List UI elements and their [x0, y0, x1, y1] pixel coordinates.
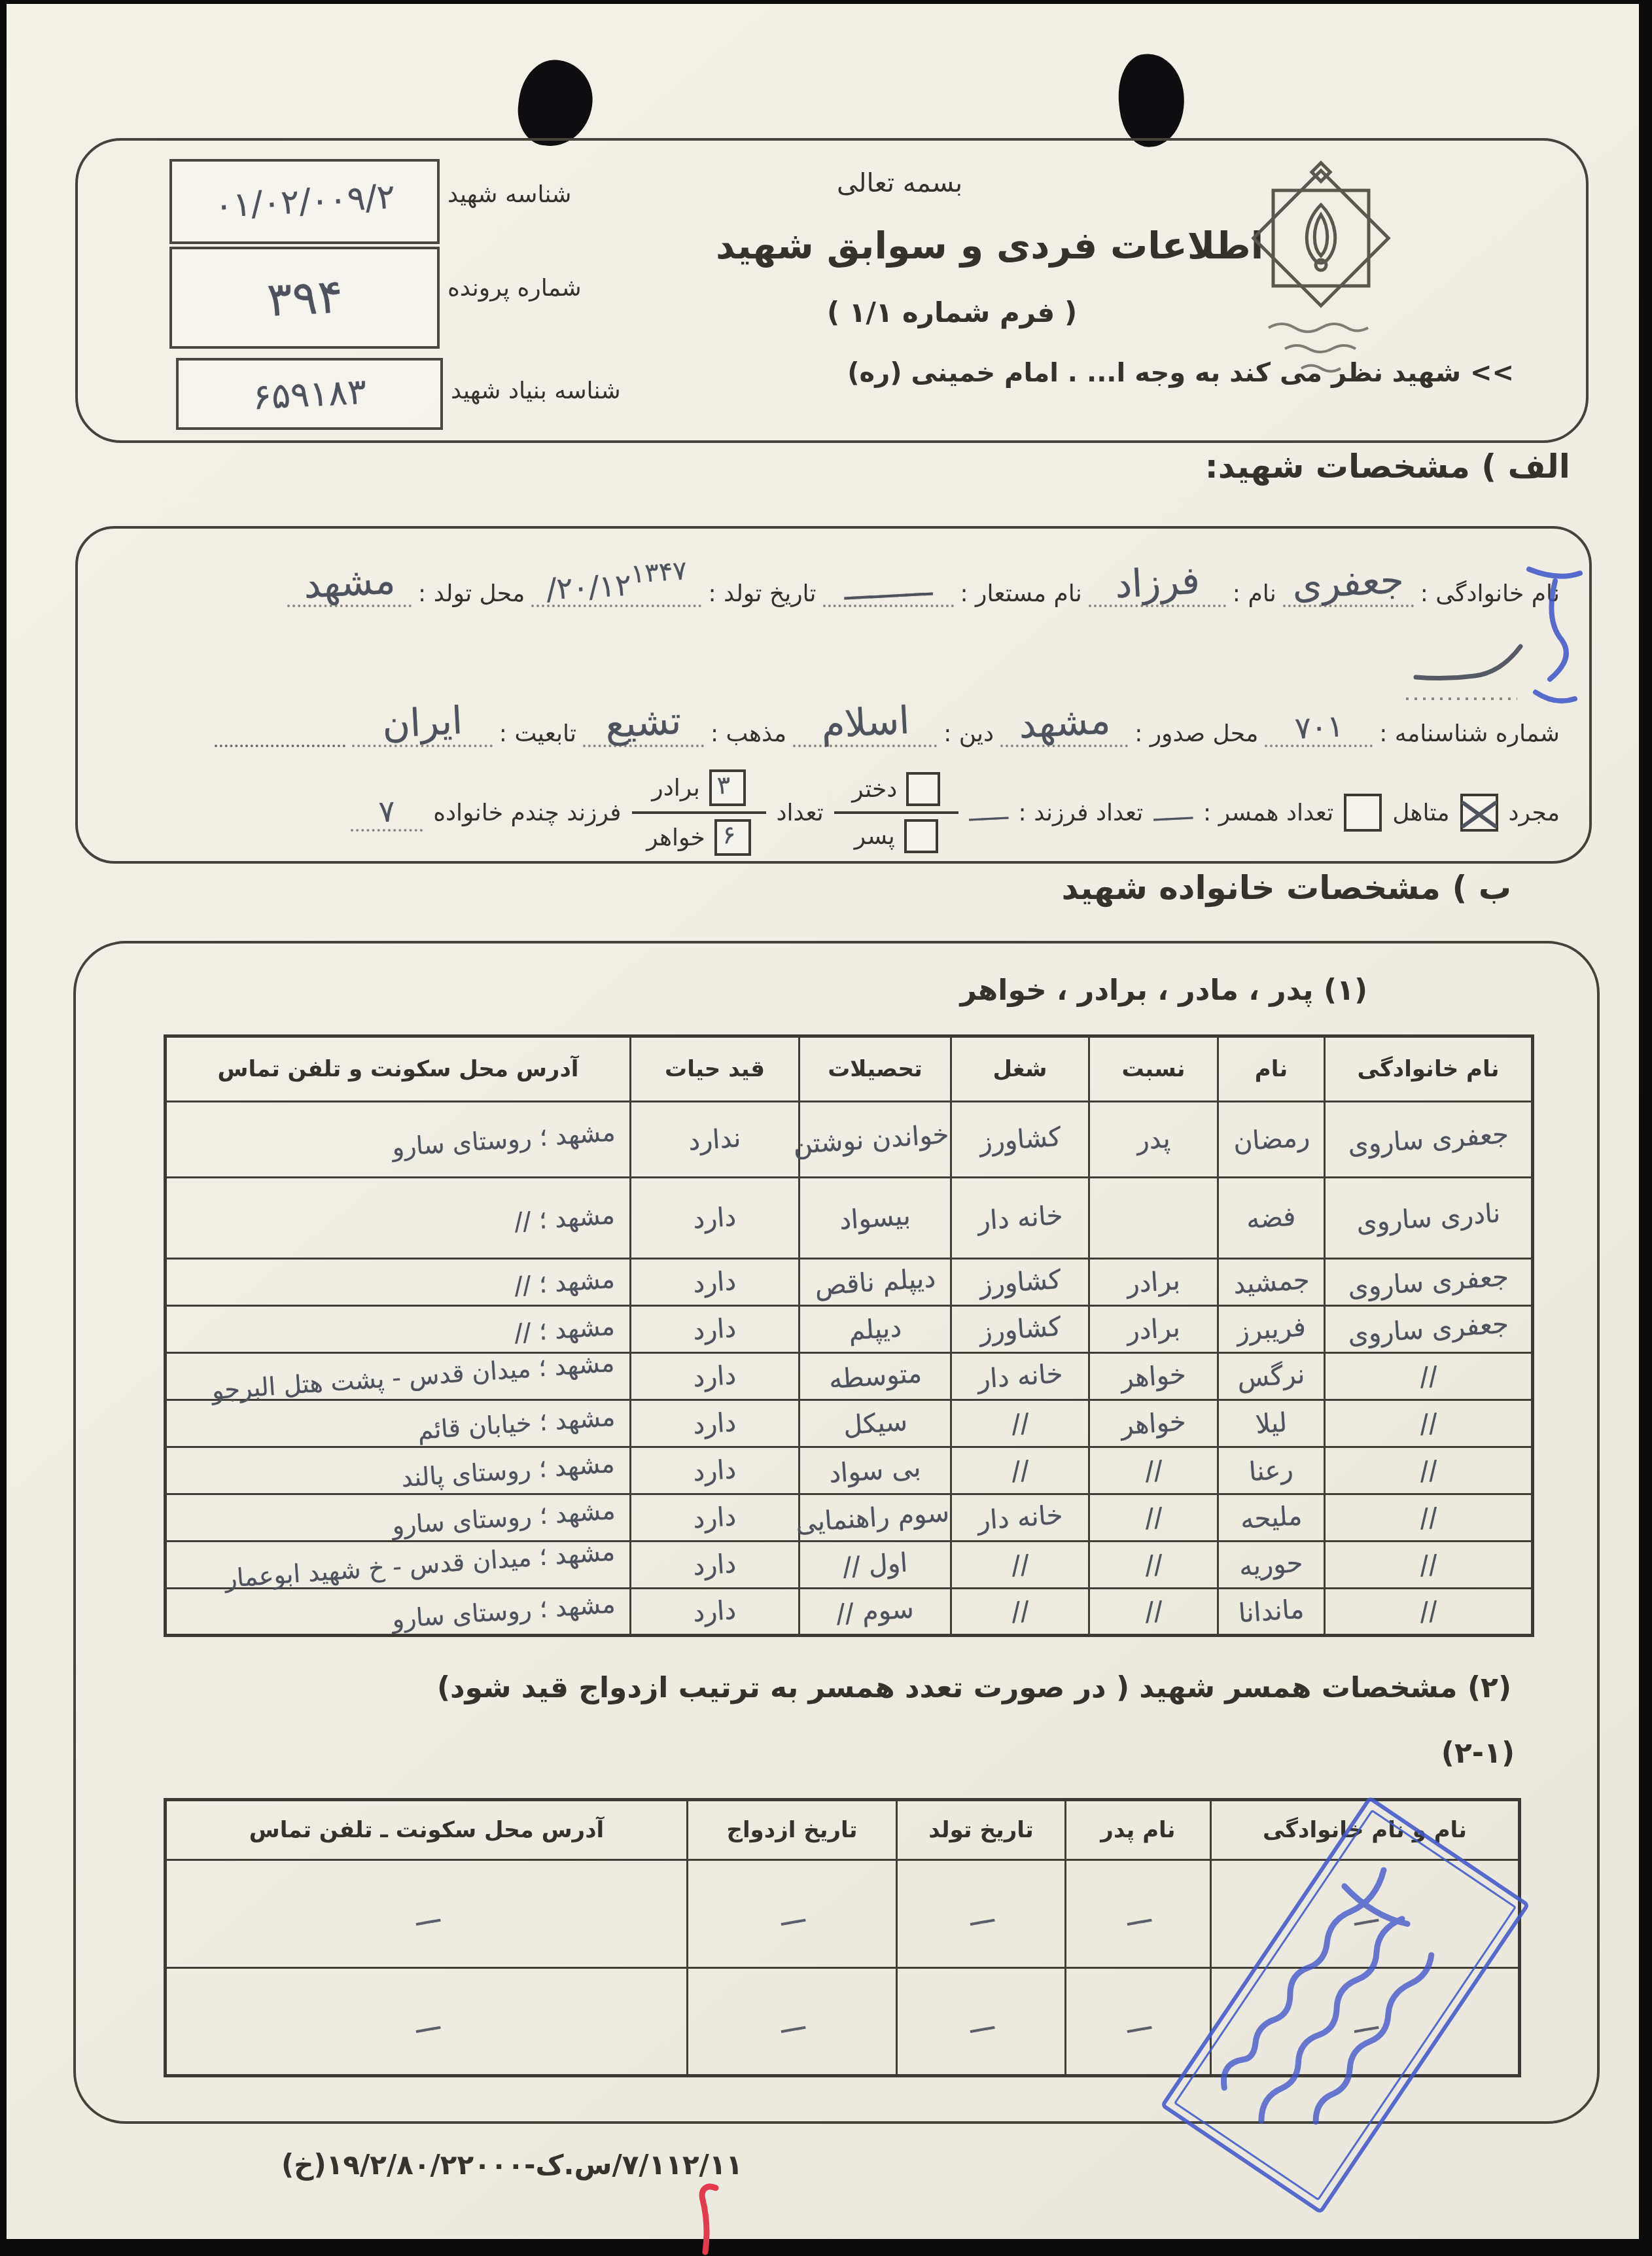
- handwritten-entry: دارد: [692, 1313, 737, 1345]
- table-cell: پدر: [1089, 1102, 1218, 1178]
- handwritten-entry: //: [1418, 1361, 1438, 1392]
- handwritten-entry: خانه دار: [976, 1358, 1063, 1394]
- birth-place-label: محل تولد :: [418, 580, 525, 607]
- handwritten-entry: کشاورز: [978, 1264, 1062, 1300]
- handwritten-entry: دارد: [692, 1454, 737, 1487]
- table-cell: خواهر: [1089, 1353, 1218, 1400]
- handwritten-entry: ماندانا: [1237, 1595, 1305, 1629]
- ink-blob: [513, 56, 597, 151]
- daughter-label: دختر: [852, 776, 897, 803]
- table-cell: مشهد ؛ روستای سارو: [166, 1494, 631, 1542]
- handwritten-entry: //: [1418, 1455, 1438, 1487]
- handwritten-entry: خانه دار: [976, 1200, 1063, 1236]
- alias-field: ــــــــــ: [823, 569, 954, 607]
- handwritten-entry: خواندن نوشتن: [792, 1119, 950, 1160]
- table-cell: برادر: [1089, 1306, 1218, 1353]
- table-cell: دارد: [631, 1447, 800, 1494]
- table-cell: ـــ: [897, 1860, 1066, 1968]
- fraction-line: [834, 811, 958, 814]
- table-cell: لیلا: [1218, 1400, 1325, 1447]
- handwritten-entry: سوم //: [835, 1594, 915, 1629]
- table-cell: نرگس: [1218, 1353, 1325, 1400]
- handwritten-entry: نرگس: [1237, 1359, 1306, 1394]
- table-cell: //: [951, 1589, 1089, 1636]
- table-cell: فریبرز: [1218, 1306, 1325, 1353]
- table-cell: //: [1325, 1353, 1533, 1400]
- birth-place-field: مشهد: [287, 560, 412, 607]
- table-cell: مشهد ؛ //: [166, 1259, 631, 1306]
- handwritten-entry: رعنا: [1248, 1454, 1294, 1487]
- dotted-leader: [215, 718, 345, 747]
- table-cell: بی سواد: [800, 1447, 951, 1494]
- table-cell: مشهد ؛ میدان قدس - خ شهید ابوعمار: [166, 1542, 631, 1589]
- table-cell: خواهر: [1089, 1400, 1218, 1447]
- handwritten-entry: برادر: [1126, 1313, 1181, 1347]
- table-cell: فضه: [1218, 1178, 1325, 1259]
- table-row: نادری سارویفضهخانه داربیسوادداردمشهد ؛ /…: [166, 1178, 1533, 1259]
- handwritten-entry: //: [1144, 1549, 1163, 1581]
- file-number-value: ۳۹۴: [265, 268, 343, 327]
- eight-point-star-tulip-icon: [1239, 152, 1403, 381]
- denomination-field: تشیع: [583, 700, 704, 747]
- handwritten-entry: //: [1010, 1549, 1030, 1581]
- alias-label: نام مستعار :: [960, 580, 1082, 607]
- handwritten-entry: //: [1418, 1502, 1438, 1534]
- table-cell: خانه دار: [951, 1494, 1089, 1542]
- handwritten-entry: بیسواد: [839, 1201, 911, 1235]
- issue-place-label: محل صدور :: [1134, 720, 1258, 747]
- daughter-checkbox: [906, 772, 940, 806]
- child-order-field: ۷: [351, 794, 423, 832]
- column-header: آدرس محل سکونت ـ تلفن تماس: [166, 1800, 688, 1860]
- table-cell: کشاورز: [951, 1259, 1089, 1306]
- file-number-box: ۳۹۴: [169, 247, 440, 349]
- table-row: //ملیحه//خانه دارسوم راهنماییداردمشهد ؛ …: [166, 1494, 1533, 1542]
- section-a-frame: نام خانوادگی : جعفری نام : فرزاد نام مست…: [75, 526, 1592, 864]
- table-row: جعفری سارویفریبرزبرادرکشاورزدیپلمداردمشه…: [166, 1306, 1533, 1353]
- handwritten-entry: //: [1418, 1549, 1438, 1581]
- table-cell: بیسواد: [800, 1178, 951, 1259]
- sister-label: خواهر: [646, 824, 705, 851]
- form-title: اطلاعات فردی و سوابق شهید: [716, 224, 1263, 268]
- daughter-son-stack: دختر پسر: [834, 772, 958, 853]
- handwritten-entry: دارد: [692, 1501, 737, 1534]
- paper-sheet: ۰۱/۰۲/۰۰۹/۲ شناسه شهید ۳۹۴ شماره پرونده …: [7, 4, 1639, 2239]
- footer-reference: ۷/۱۱۲/۱۱/س.ک-۱۹/۲/۸۰/۲۲۰۰۰(خ): [281, 2149, 743, 2181]
- martyr-id-box: ۰۱/۰۲/۰۰۹/۲: [169, 159, 440, 244]
- form-number: ( فرم شماره ۱/۱ ): [827, 296, 1077, 328]
- table-cell: دارد: [631, 1178, 800, 1259]
- table-cell: سوم راهنمایی: [800, 1494, 951, 1542]
- table-cell: //: [951, 1447, 1089, 1494]
- table-cell: کشاورز: [951, 1306, 1089, 1353]
- brother-label: برادر: [652, 775, 699, 802]
- handwritten-entry: دیپلم ناقص: [814, 1263, 937, 1301]
- children-count-label: تعداد فرزند :: [1019, 800, 1144, 826]
- header-frame: ۰۱/۰۲/۰۰۹/۲ شناسه شهید ۳۹۴ شماره پرونده …: [75, 138, 1589, 443]
- handwritten-entry: رمضان: [1232, 1121, 1310, 1157]
- quote-marks: <<: [1470, 358, 1514, 388]
- married-checkbox: [1344, 794, 1382, 832]
- handwritten-entry: مشهد ؛ //: [514, 1264, 616, 1300]
- handwritten-entry: ـــ: [966, 1896, 996, 1932]
- table-cell: ندارد: [631, 1102, 800, 1178]
- spouse-count-value: ــــــ: [1153, 798, 1193, 826]
- table-cell: [1089, 1178, 1218, 1259]
- nationality-field: ایران: [352, 700, 493, 747]
- table-cell: دارد: [631, 1400, 800, 1447]
- table-cell: جمشید: [1218, 1259, 1325, 1306]
- ink-blob: [1114, 50, 1189, 150]
- table-row: //رعنا////بی سوادداردمشهد ؛ روستای پالند: [166, 1447, 1533, 1494]
- table-cell: مشهد ؛ روستای سارو: [166, 1589, 631, 1636]
- handwritten-entry: متوسطه: [828, 1358, 923, 1395]
- fraction-line: [632, 811, 766, 814]
- handwritten-entry: //: [1144, 1455, 1163, 1487]
- handwritten-entry: //: [1010, 1596, 1030, 1627]
- married-label: متاهل: [1392, 800, 1449, 826]
- table-cell: رمضان: [1218, 1102, 1325, 1178]
- handwritten-entry: خواهر: [1120, 1406, 1187, 1441]
- table-cell: مشهد ؛ میدان قدس - پشت هتل البرجو: [166, 1353, 631, 1400]
- bismillah: بسمه تعالی: [837, 168, 962, 198]
- handwritten-entry: جعفری ساروی: [1347, 1309, 1510, 1350]
- handwritten-entry: دارد: [692, 1407, 737, 1439]
- table-cell: //: [1325, 1447, 1533, 1494]
- table-cell: حوریه: [1218, 1542, 1325, 1589]
- table-cell: ماندانا: [1218, 1589, 1325, 1636]
- table-row: //لیلاخواهر//سیکلداردمشهد ؛ خیابان قائم: [166, 1400, 1533, 1447]
- table2-subtitle: (۲-۱): [1441, 1736, 1515, 1770]
- table-cell: ـــ: [1066, 1968, 1211, 2076]
- sister-count-box: ۶: [714, 819, 751, 856]
- handwritten-entry: دارد: [692, 1265, 737, 1298]
- table-cell: اول //: [800, 1542, 951, 1589]
- table-cell: دارد: [631, 1353, 800, 1400]
- id-number-label: شماره شناسنامه :: [1379, 720, 1560, 747]
- handwritten-entry: سوم راهنمایی: [795, 1497, 951, 1538]
- table-cell: //: [1325, 1589, 1533, 1636]
- handwritten-entry: پدر: [1136, 1123, 1172, 1155]
- table1-title: (۱) پدر ، مادر ، برادر ، خواهر: [960, 974, 1367, 1007]
- handwritten-entry: حوریه: [1239, 1547, 1304, 1582]
- table-row: جعفری سارویجمشیدبرادرکشاورزدیپلم ناقصدار…: [166, 1259, 1533, 1306]
- identity-line-3: مجرد متاهل تعداد همسر : ــــــ تعداد فرز…: [94, 769, 1560, 856]
- table-cell: دارد: [631, 1306, 800, 1353]
- table-cell: //: [1089, 1589, 1218, 1636]
- handwritten-entry: فریبرز: [1236, 1312, 1307, 1347]
- son-label: پسر: [854, 823, 895, 850]
- header-row: نام و نام خانوادگینام پدرتاریخ تولدتاریخ…: [166, 1800, 1520, 1860]
- handwritten-entry: لیلا: [1254, 1407, 1288, 1439]
- table-cell: //: [1089, 1542, 1218, 1589]
- handwritten-entry: ـــ: [412, 2003, 442, 2039]
- section-a-title: الف ) مشخصات شهید:: [1205, 448, 1570, 485]
- nationality-label: تابعیت :: [499, 720, 576, 747]
- table-cell: ـــ: [1066, 1860, 1211, 1968]
- foundation-id-box: ۶۵۹۱۸۳: [176, 358, 443, 430]
- table-cell: خانه دار: [951, 1353, 1089, 1400]
- religion-label: دین :: [943, 720, 994, 747]
- table-cell: مشهد ؛ خیابان قائم: [166, 1400, 631, 1447]
- table-cell: دارد: [631, 1494, 800, 1542]
- column-header: قید حیات: [631, 1036, 800, 1102]
- handwritten-entry: مشهد ؛ روستای سارو: [391, 1118, 616, 1162]
- handwritten-entry: مشهد ؛ خیابان قائم: [417, 1402, 616, 1445]
- table-cell: متوسطه: [800, 1353, 951, 1400]
- table-cell: سیکل: [800, 1400, 951, 1447]
- martyr-id-value: ۰۱/۰۲/۰۰۹/۲: [213, 177, 396, 226]
- table-cell: رعنا: [1218, 1447, 1325, 1494]
- handwritten-entry: ندارد: [688, 1123, 742, 1156]
- handwritten-entry: ـــ: [966, 2003, 996, 2039]
- scanned-martyr-form-page: { "header": { "martyr_id": {"label": "شن…: [0, 0, 1652, 2256]
- handwritten-entry: فضه: [1246, 1201, 1297, 1235]
- handwritten-entry: جعفری ساروی: [1347, 1261, 1510, 1303]
- first-name-field: فرزاد: [1089, 560, 1226, 607]
- section-b-title: ب ) مشخصات خانواده شهید: [1061, 869, 1511, 907]
- id-number-field: ۷۰۱: [1265, 709, 1373, 747]
- table-cell: کشاورز: [951, 1102, 1089, 1178]
- birth-date-field: ۱۳۴۷۲۰/۱۲/: [531, 569, 701, 607]
- handwritten-entry: ـــ: [1123, 2003, 1153, 2039]
- birth-date-label: تاریخ تولد :: [708, 580, 816, 607]
- column-header: نام پدر: [1066, 1800, 1211, 1860]
- handwritten-entry: //: [1010, 1455, 1030, 1487]
- identity-line-1: نام خانوادگی : جعفری نام : فرزاد نام مست…: [97, 560, 1560, 607]
- handwritten-entry: بی سواد: [828, 1453, 922, 1489]
- handwritten-entry: //: [1418, 1408, 1438, 1439]
- table-cell: ـــ: [166, 1860, 688, 1968]
- handwritten-entry: سیکل: [842, 1406, 908, 1441]
- table-cell: خانه دار: [951, 1178, 1089, 1259]
- last-name-field: جعفری: [1283, 560, 1414, 607]
- handwritten-entry: مشهد ؛ میدان قدس - پشت هتل البرجو: [211, 1348, 616, 1405]
- table-cell: مشهد ؛ روستای پالند: [166, 1447, 631, 1494]
- header-row: نام خانوادگینامنسبتشغلتحصیلاتقید حیاتآدر…: [166, 1036, 1533, 1102]
- handwritten-entry: جعفری ساروی: [1347, 1119, 1510, 1160]
- handwritten-entry: //: [1010, 1408, 1030, 1439]
- table-cell: مشهد ؛ روستای سارو: [166, 1102, 631, 1178]
- foundation-logo: [1239, 152, 1403, 381]
- table-cell: ـــ: [897, 1968, 1066, 2076]
- handwritten-entry: دیپلم: [848, 1313, 903, 1347]
- table-cell: //: [1089, 1447, 1218, 1494]
- table-cell: جعفری ساروی: [1325, 1306, 1533, 1353]
- handwritten-entry: مشهد ؛ روستای سارو: [391, 1496, 616, 1540]
- handwritten-entry: دارد: [692, 1595, 737, 1628]
- red-pen-mark: [686, 2183, 733, 2256]
- handwritten-entry: اول //: [841, 1547, 908, 1582]
- martyr-id-label: شناسه شهید: [448, 181, 571, 208]
- column-header: نام خانوادگی: [1325, 1036, 1533, 1102]
- foundation-id-label: شناسه بنیاد شهید: [451, 378, 621, 404]
- column-header: آدرس محل سکونت و تلفن تماس: [166, 1036, 631, 1102]
- handwritten-entry: برادر: [1126, 1265, 1181, 1299]
- column-header: تحصیلات: [800, 1036, 951, 1102]
- table-cell: دیپلم: [800, 1306, 951, 1353]
- file-number-label: شماره پرونده: [448, 275, 582, 302]
- table-cell: مشهد ؛ //: [166, 1306, 631, 1353]
- column-header: نام: [1218, 1036, 1325, 1102]
- handwritten-entry: ـــ: [777, 2003, 807, 2039]
- handwritten-entry: مشهد ؛ میدان قدس - خ شهید ابوعمار: [224, 1537, 616, 1593]
- religion-field: اسلام: [793, 700, 937, 747]
- column-header: شغل: [951, 1036, 1089, 1102]
- table-cell: دیپلم ناقص: [800, 1259, 951, 1306]
- family-table: نام خانوادگینامنسبتشغلتحصیلاتقید حیاتآدر…: [164, 1034, 1534, 1637]
- handwritten-entry: ـــ: [412, 1896, 442, 1932]
- child-order-label: فرزند چندم خانواده: [433, 800, 621, 826]
- handwritten-entry: مشهد ؛ روستای پالند: [400, 1449, 616, 1492]
- table-cell: ـــ: [688, 1968, 897, 2076]
- brother-count-box: ۳: [709, 769, 746, 806]
- table-row: //ماندانا////سوم //داردمشهد ؛ روستای سار…: [166, 1589, 1533, 1636]
- column-header: نسبت: [1089, 1036, 1218, 1102]
- handwritten-entry: ملیحه: [1239, 1500, 1303, 1534]
- handwritten-entry: دارد: [692, 1360, 737, 1392]
- handwritten-entry: مشهد ؛ //: [514, 1200, 616, 1236]
- handwritten-entry: نادری ساروی: [1356, 1198, 1502, 1238]
- table-cell: دارد: [631, 1259, 800, 1306]
- foundation-id-value: ۶۵۹۱۸۳: [251, 370, 367, 417]
- table-row: //حوریه////اول //داردمشهد ؛ میدان قدس - …: [166, 1542, 1533, 1589]
- family-table-header: نام خانوادگینامنسبتشغلتحصیلاتقید حیاتآدر…: [166, 1036, 1533, 1102]
- handwritten-entry: خانه دار: [976, 1500, 1063, 1536]
- children-count-value: ــــــ: [968, 798, 1009, 826]
- table2-title: (۲) مشخصات همسر شهید ( در صورت تعدد همسر…: [437, 1671, 1511, 1704]
- table-cell: //: [951, 1542, 1089, 1589]
- table-cell: برادر: [1089, 1259, 1218, 1306]
- table-cell: ـــ: [166, 1968, 688, 2076]
- table-cell: //: [1325, 1542, 1533, 1589]
- single-checkbox: [1460, 794, 1498, 832]
- handwritten-entry: کشاورز: [978, 1121, 1062, 1157]
- table-cell: //: [951, 1400, 1089, 1447]
- family-table-body: جعفری سارویرمضانپدرکشاورزخواندن نوشتنندا…: [166, 1102, 1533, 1636]
- spouse-count-label: تعداد همسر :: [1203, 800, 1333, 826]
- table-cell: خواندن نوشتن: [800, 1102, 951, 1178]
- column-header: تاریخ تولد: [897, 1800, 1066, 1860]
- issue-place-field: مشهد: [1000, 700, 1128, 747]
- son-checkbox: [904, 819, 938, 853]
- handwritten-entry: دارد: [692, 1548, 737, 1581]
- handwritten-entry: //: [1418, 1596, 1438, 1627]
- brother-sister-stack: ۳ برادر ۶ خواهر: [632, 769, 766, 856]
- handwritten-entry: جمشید: [1232, 1264, 1310, 1299]
- table-cell: جعفری ساروی: [1325, 1259, 1533, 1306]
- blue-pen-scribble: [1516, 561, 1594, 718]
- column-header: تاریخ ازدواج: [688, 1800, 897, 1860]
- first-name-label: نام :: [1233, 580, 1276, 607]
- table-cell: ملیحه: [1218, 1494, 1325, 1542]
- table-cell: //: [1325, 1400, 1533, 1447]
- count-label: تعداد: [777, 800, 824, 826]
- table-cell: جعفری ساروی: [1325, 1102, 1533, 1178]
- single-label: مجرد: [1509, 800, 1560, 826]
- table-cell: ـــ: [688, 1860, 897, 1968]
- table-cell: نادری ساروی: [1325, 1178, 1533, 1259]
- handwritten-entry: ـــ: [1123, 1896, 1153, 1932]
- handwritten-entry: //: [1144, 1596, 1163, 1627]
- imam-quote: << شهید نظر می کند به وجه ا... . امام خم…: [847, 358, 1514, 388]
- table-cell: دارد: [631, 1589, 800, 1636]
- denomination-label: مذهب :: [711, 720, 786, 747]
- handwritten-entry: کشاورز: [978, 1311, 1062, 1347]
- handwritten-entry: مشهد ؛ //: [514, 1311, 616, 1347]
- table-row: جعفری سارویرمضانپدرکشاورزخواندن نوشتنندا…: [166, 1102, 1533, 1178]
- handwritten-entry: مشهد ؛ روستای سارو: [391, 1589, 616, 1634]
- table-cell: مشهد ؛ //: [166, 1178, 631, 1259]
- table-cell: //: [1089, 1494, 1218, 1542]
- table-cell: //: [1325, 1494, 1533, 1542]
- handwritten-entry: //: [1144, 1502, 1163, 1534]
- handwritten-entry: خواهر: [1120, 1359, 1187, 1394]
- spouse-table-header: نام و نام خانوادگینام پدرتاریخ تولدتاریخ…: [166, 1800, 1520, 1860]
- handwritten-entry: دارد: [692, 1201, 737, 1234]
- table-cell: دارد: [631, 1542, 800, 1589]
- table-row: //نرگسخواهرخانه دارمتوسطهداردمشهد ؛ میدا…: [166, 1353, 1533, 1400]
- table-cell: سوم //: [800, 1589, 951, 1636]
- identity-line-2: شماره شناسنامه : ۷۰۱ محل صدور : مشهد دین…: [97, 700, 1560, 747]
- handwritten-entry: ـــ: [777, 1896, 807, 1932]
